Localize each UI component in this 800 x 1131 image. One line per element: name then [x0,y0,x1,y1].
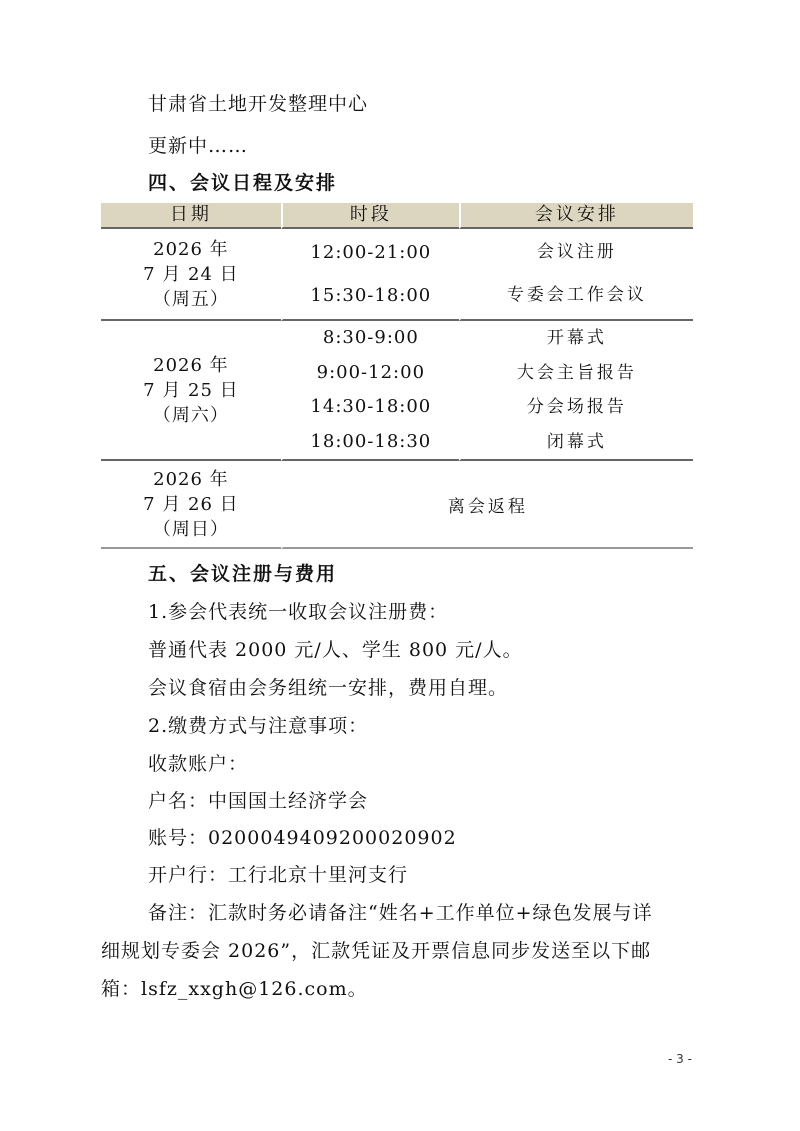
arrangement-item: 开幕式 [461,321,693,356]
time-slot: 12:00-21:00 [283,231,459,274]
date-year: 2026 年 [101,353,281,378]
arrangement-item: 分会场报告 [461,390,693,425]
lodging-note: 会议食宿由会务组统一安排，费用自理。 [148,676,508,700]
header-time: 时段 [281,203,459,229]
header-arrangement: 会议安排 [459,203,693,229]
arrangement-cell: 会议注册 专委会工作会议 [459,229,693,321]
arrangement-item: 大会主旨报告 [461,356,693,391]
org-name: 甘肃省土地开发整理中心 [148,92,368,116]
page-number: - 3 - [668,1052,692,1066]
date-weekday: （周日） [101,517,281,542]
date-day: 7 月 26 日 [101,492,281,517]
time-cell: 12:00-21:00 15:30-18:00 [281,229,459,321]
arrangement-item: 专委会工作会议 [461,274,693,317]
date-cell: 2026 年 7 月 25 日 （周六） [101,321,281,461]
date-year: 2026 年 [101,467,281,492]
time-cell: 8:30-9:00 9:00-12:00 14:30-18:00 18:00-1… [281,321,459,461]
date-weekday: （周六） [101,403,281,428]
date-cell: 2026 年 7 月 24 日 （周五） [101,229,281,321]
date-day: 7 月 25 日 [101,378,281,403]
account-number: 账号：0200049409200020902 [148,826,457,850]
header-date: 日期 [101,203,281,229]
time-slot: 15:30-18:00 [283,274,459,317]
schedule-table: 日期 时段 会议安排 2026 年 7 月 24 日 （周五） 12:00-21… [101,203,693,549]
table-row: 2026 年 7 月 26 日 （周日） 离会返程 [101,461,693,549]
account-bank: 开户行：工行北京十里河支行 [148,863,408,887]
table-row: 2026 年 7 月 25 日 （周六） 8:30-9:00 9:00-12:0… [101,321,693,461]
time-slot: 14:30-18:00 [283,390,459,425]
date-day: 7 月 24 日 [101,262,281,287]
remark-line-1: 备注：汇款时务必请备注“姓名+工作单位+绿色发展与详 [148,901,653,925]
remark-line-2: 细规划专委会 2026”，汇款凭证及开票信息同步发送至以下邮 [101,939,651,963]
account-name: 户名：中国国土经济学会 [148,789,368,813]
table-row: 2026 年 7 月 24 日 （周五） 12:00-21:00 15:30-1… [101,229,693,321]
merged-arrangement-cell: 离会返程 [281,461,693,549]
arrangement-item: 闭幕式 [461,425,693,460]
remark-line-3: 箱：lsfz_xxgh@126.com。 [101,977,368,1001]
section4-title: 四、会议日程及安排 [148,171,337,195]
time-slot: 8:30-9:00 [283,321,459,356]
date-cell: 2026 年 7 月 26 日 （周日） [101,461,281,549]
table-header-row: 日期 时段 会议安排 [101,203,693,229]
fee-heading: 1.参会代表统一收取会议注册费： [148,600,448,624]
fee-amounts: 普通代表 2000 元/人、学生 800 元/人。 [148,638,523,662]
account-heading: 收款账户： [148,752,248,776]
payment-heading: 2.缴费方式与注意事项： [148,714,368,738]
section5-title: 五、会议注册与费用 [148,562,337,586]
updating-text: 更新中…… [148,134,248,158]
date-weekday: （周五） [101,287,281,312]
arrangement-cell: 开幕式 大会主旨报告 分会场报告 闭幕式 [459,321,693,461]
time-slot: 18:00-18:30 [283,425,459,460]
date-year: 2026 年 [101,237,281,262]
arrangement-item: 会议注册 [461,231,693,274]
time-slot: 9:00-12:00 [283,356,459,391]
